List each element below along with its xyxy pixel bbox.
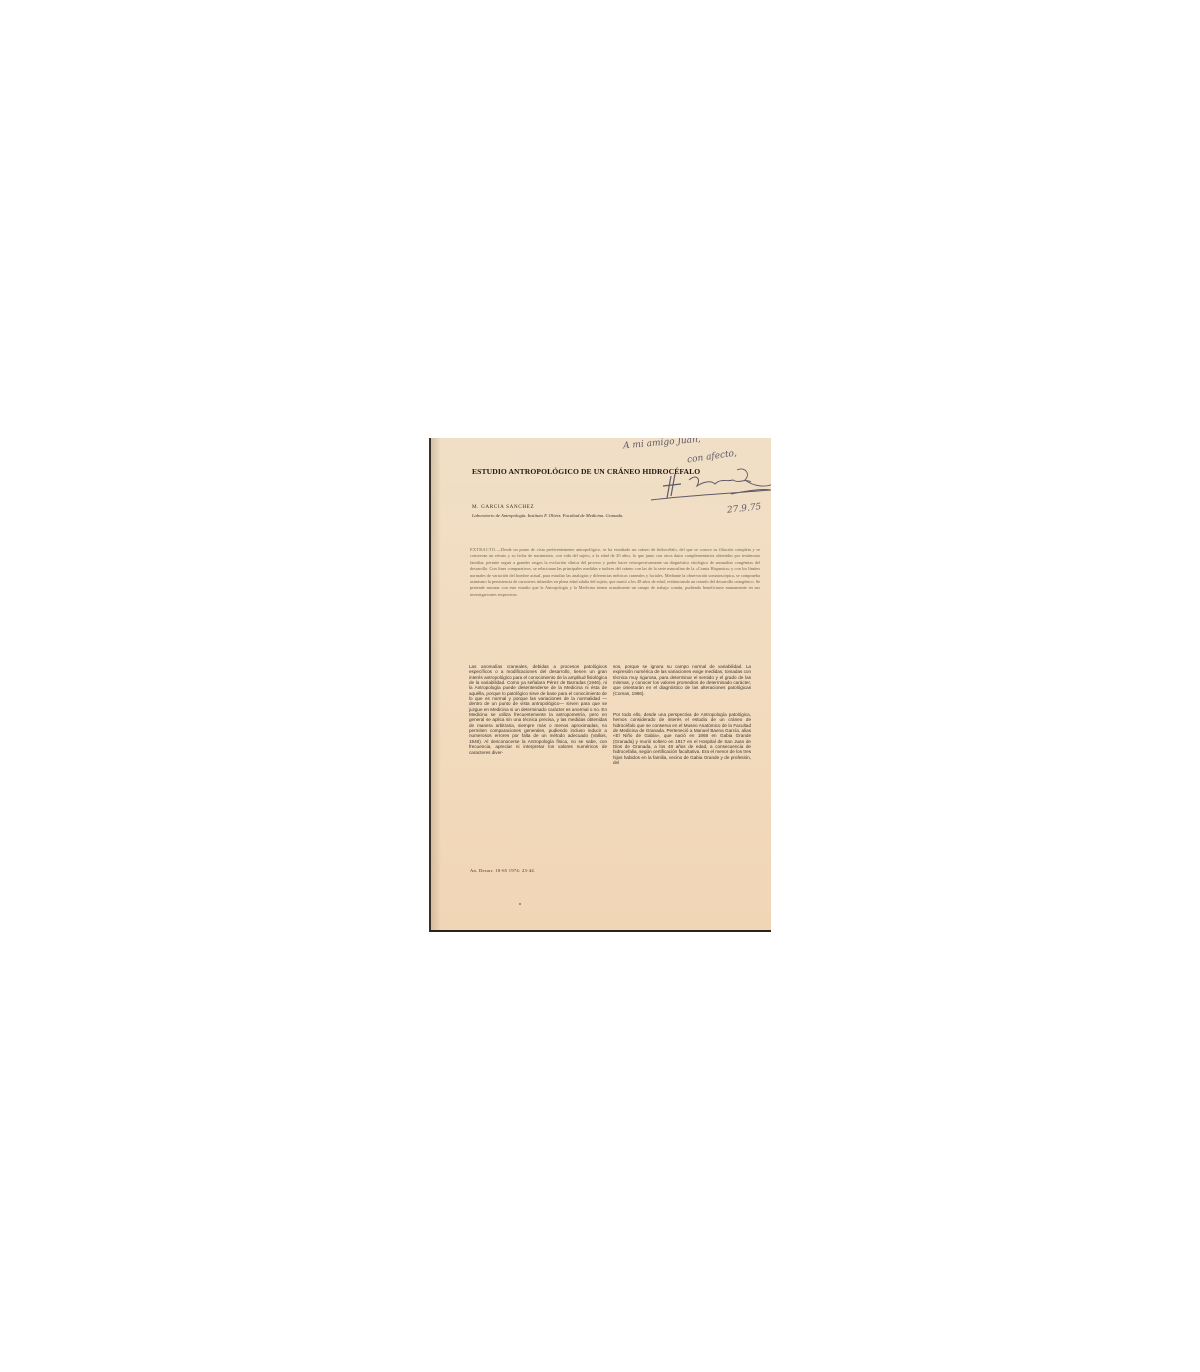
handwritten-dedication-line-1: A mi amigo Juan, [623,438,701,451]
scanned-page: A mi amigo Juan, con afecto, 27.9.75 EST… [429,438,771,932]
article-title: ESTUDIO ANTROPOLÓGICO DE UN CRÁNEO HIDRO… [472,467,700,476]
paragraph: Por todo ello, desde una perspectiva de … [613,712,751,765]
author-affiliation: Laboratorio de Antropología. Instituto F… [472,513,623,518]
article-author: M. GARCIA SANCHEZ [472,504,534,510]
body-column-right: sos, porque se ignora su campo normal de… [613,664,751,766]
footer-citation: An. Desarr. 18-65 1974: 23-44. [470,868,535,873]
page-speck [519,903,521,905]
abstract-lead: EXTRACTO. [470,547,497,552]
handwritten-date: 27.9.75 [727,502,762,516]
paragraph: sos, porque se ignora su campo normal de… [613,664,751,696]
paragraph: Las anomalías craneales, debidas a proce… [469,664,607,755]
handwritten-dedication-line-2: con afecto, [687,449,738,466]
abstract-text: —Desde un punto de vista preferentemente… [470,547,760,597]
body-column-left: Las anomalías craneales, debidas a proce… [469,664,607,755]
abstract: EXTRACTO.—Desde un punto de vista prefer… [470,547,760,598]
